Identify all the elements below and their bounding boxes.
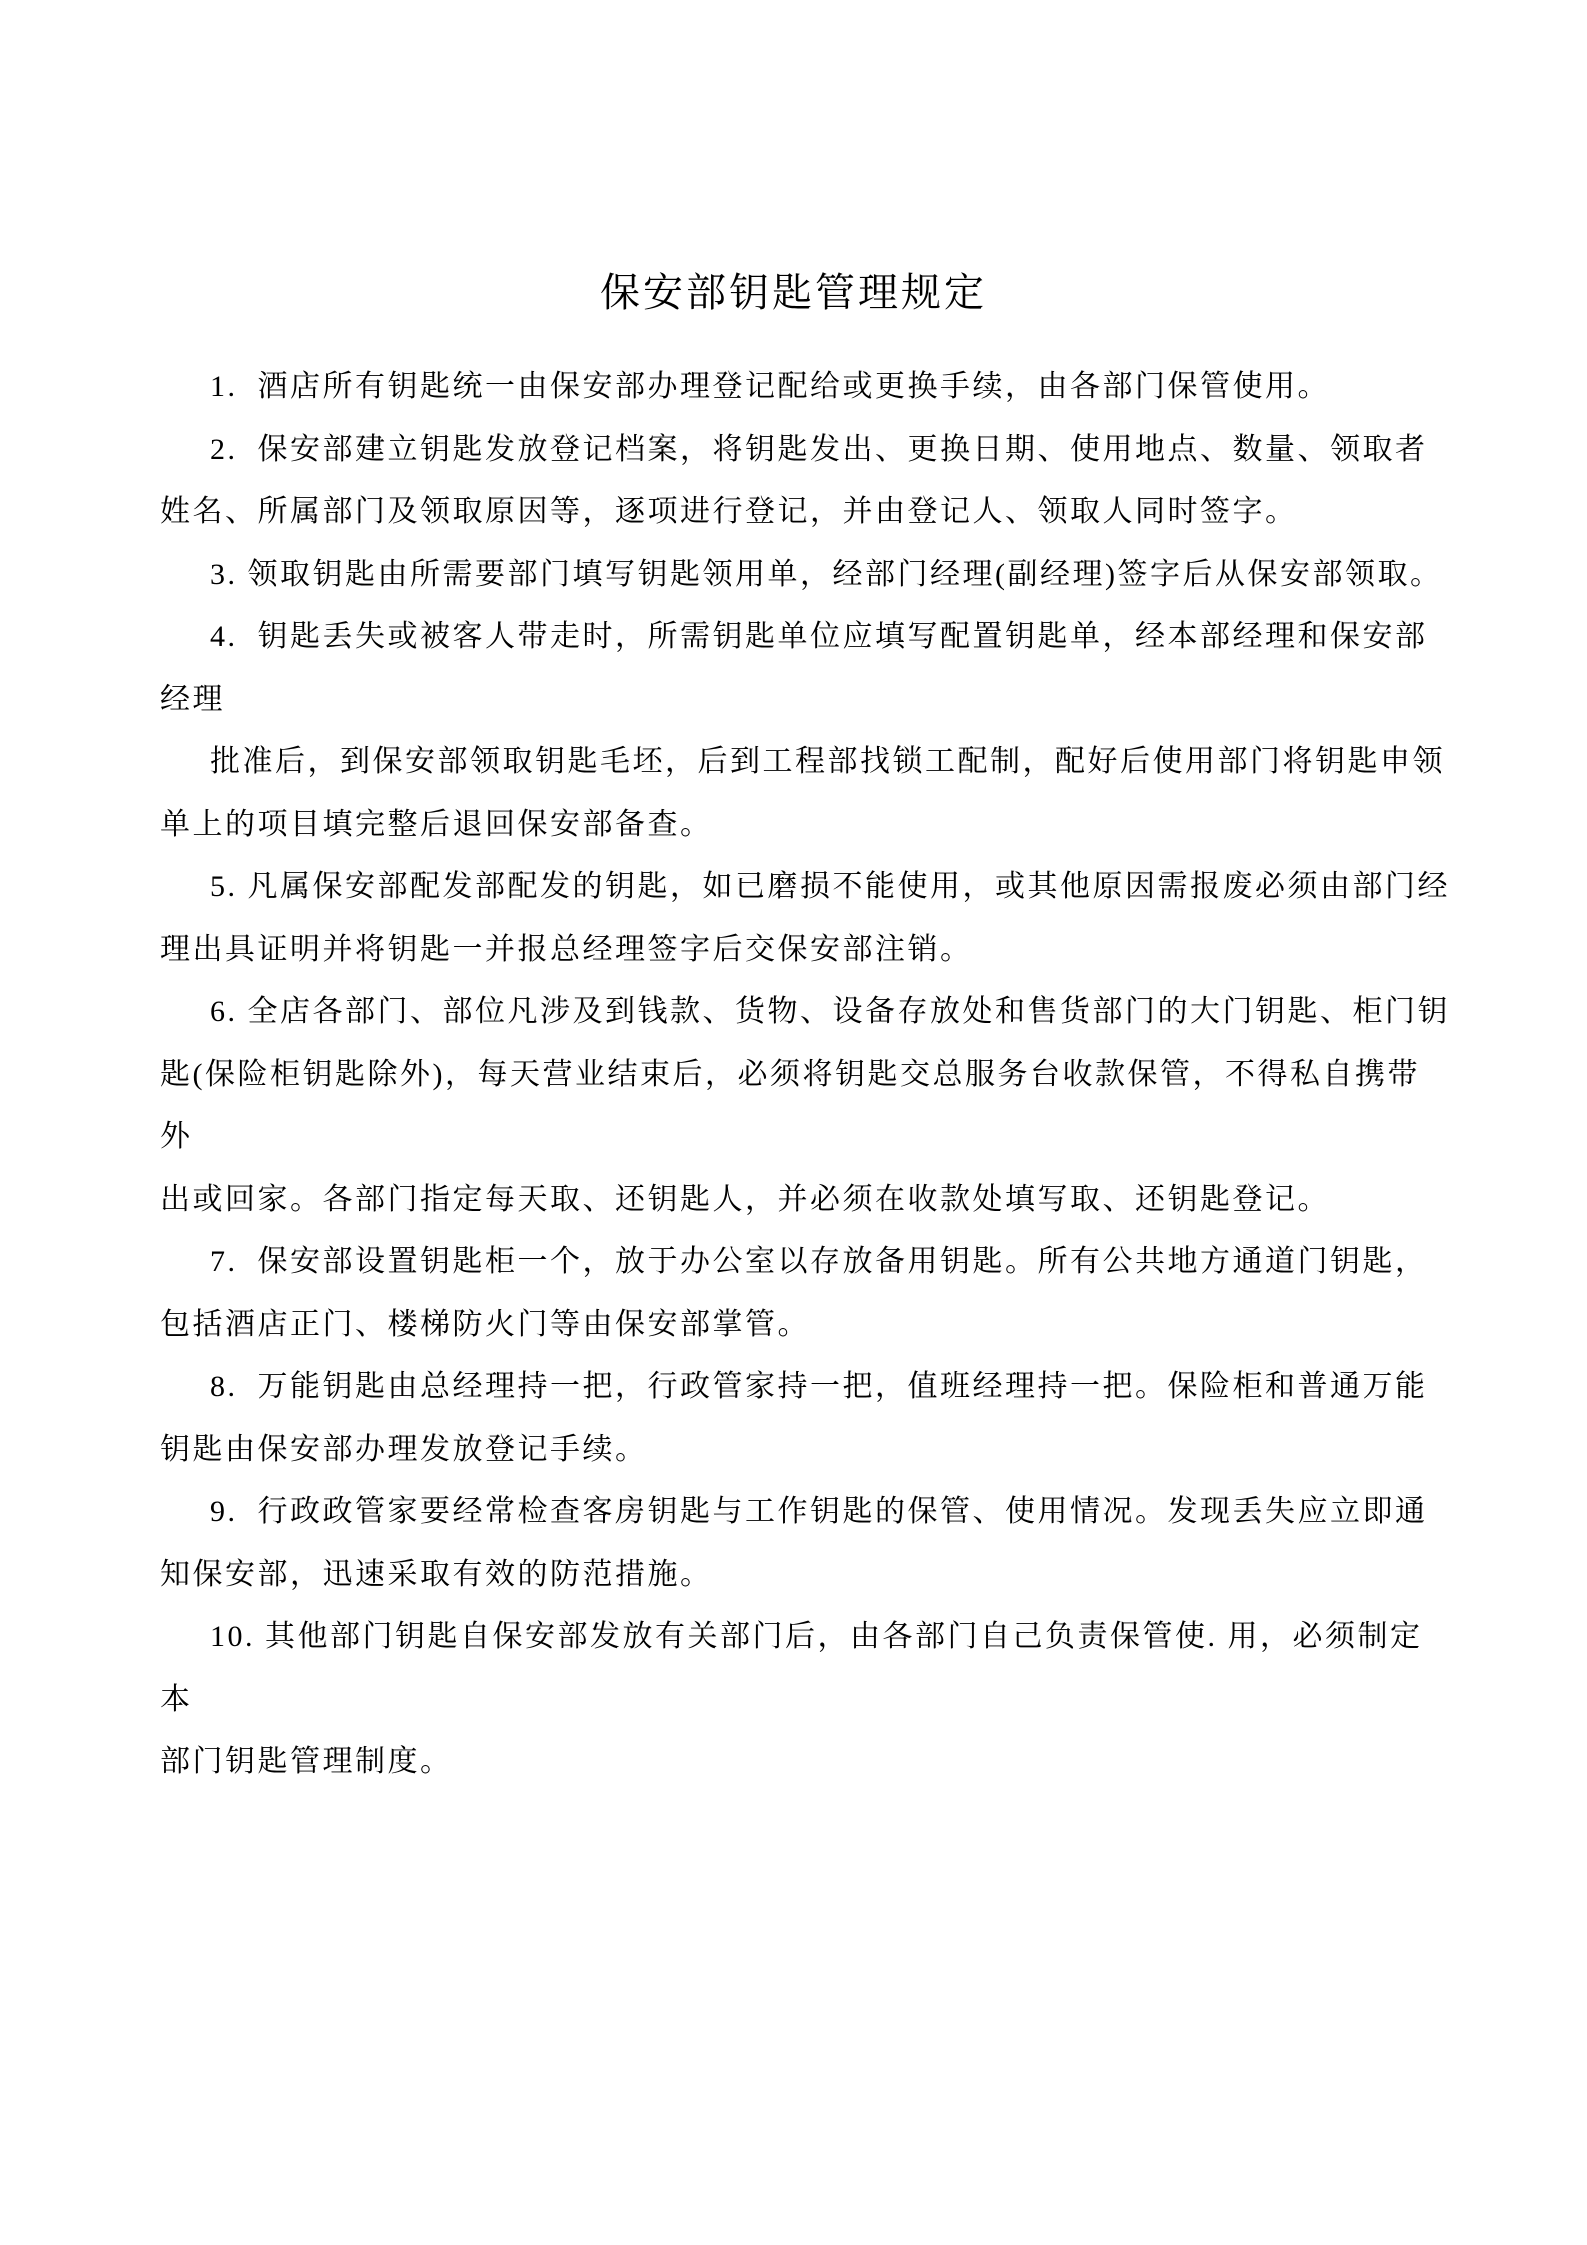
document-body: 1. 酒店所有钥匙统一由保安部办理登记配给或更换手续，由各部门保管使用。 2. … — [160, 356, 1450, 1794]
document-line: 2. 保安部建立钥匙发放登记档案，将钥匙发出、更换日期、使用地点、数量、领取者 — [160, 419, 1450, 482]
document-title: 保安部钥匙管理规定 — [0, 268, 1587, 318]
document-line: 4. 钥匙丢失或被客人带走时，所需钥匙单位应填写配置钥匙单，经本部经理和保安部 — [160, 606, 1450, 669]
document-line: 5. 凡属保安部配发部配发的钥匙，如已磨损不能使用，或其他原因需报废必须由部门经 — [160, 856, 1450, 919]
document-line: 3. 领取钥匙由所需要部门填写钥匙领用单，经部门经理(副经理)签字后从保安部领取… — [160, 544, 1450, 607]
document-line: 姓名、所属部门及领取原因等，逐项进行登记，并由登记人、领取人同时签字。 — [160, 481, 1450, 544]
document-line: 部门钥匙管理制度。 — [160, 1731, 1450, 1794]
document-line: 单上的项目填完整后退回保安部备查。 — [160, 794, 1450, 857]
document-line: 包括酒店正门、楼梯防火门等由保安部掌管。 — [160, 1294, 1450, 1357]
document-line: 钥匙由保安部办理发放登记手续。 — [160, 1419, 1450, 1482]
document-line: 1. 酒店所有钥匙统一由保安部办理登记配给或更换手续，由各部门保管使用。 — [160, 356, 1450, 419]
document-line: 批准后，到保安部领取钥匙毛坯，后到工程部找锁工配制，配好后使用部门将钥匙申领 — [160, 731, 1450, 794]
document-line: 经理 — [160, 669, 1450, 732]
document-line: 6. 全店各部门、部位凡涉及到钱款、货物、设备存放处和售货部门的大门钥匙、柜门钥 — [160, 981, 1450, 1044]
document-line: 9. 行政政管家要经常检查客房钥匙与工作钥匙的保管、使用情况。发现丢失应立即通 — [160, 1481, 1450, 1544]
document-line: 8. 万能钥匙由总经理持一把，行政管家持一把，值班经理持一把。保险柜和普通万能 — [160, 1356, 1450, 1419]
document-line: 10. 其他部门钥匙自保安部发放有关部门后，由各部门自己负责保管使. 用，必须制… — [160, 1606, 1450, 1731]
document-line: 出或回家。各部门指定每天取、还钥匙人，并必须在收款处填写取、还钥匙登记。 — [160, 1169, 1450, 1232]
document-line: 匙(保险柜钥匙除外)，每天营业结束后，必须将钥匙交总服务台收款保管，不得私自携带… — [160, 1044, 1450, 1169]
document-page: 保安部钥匙管理规定 1. 酒店所有钥匙统一由保安部办理登记配给或更换手续，由各部… — [0, 0, 1587, 2245]
document-line: 知保安部，迅速采取有效的防范措施。 — [160, 1544, 1450, 1607]
document-line: 7. 保安部设置钥匙柜一个，放于办公室以存放备用钥匙。所有公共地方通道门钥匙， — [160, 1231, 1450, 1294]
document-line: 理出具证明并将钥匙一并报总经理签字后交保安部注销。 — [160, 919, 1450, 982]
